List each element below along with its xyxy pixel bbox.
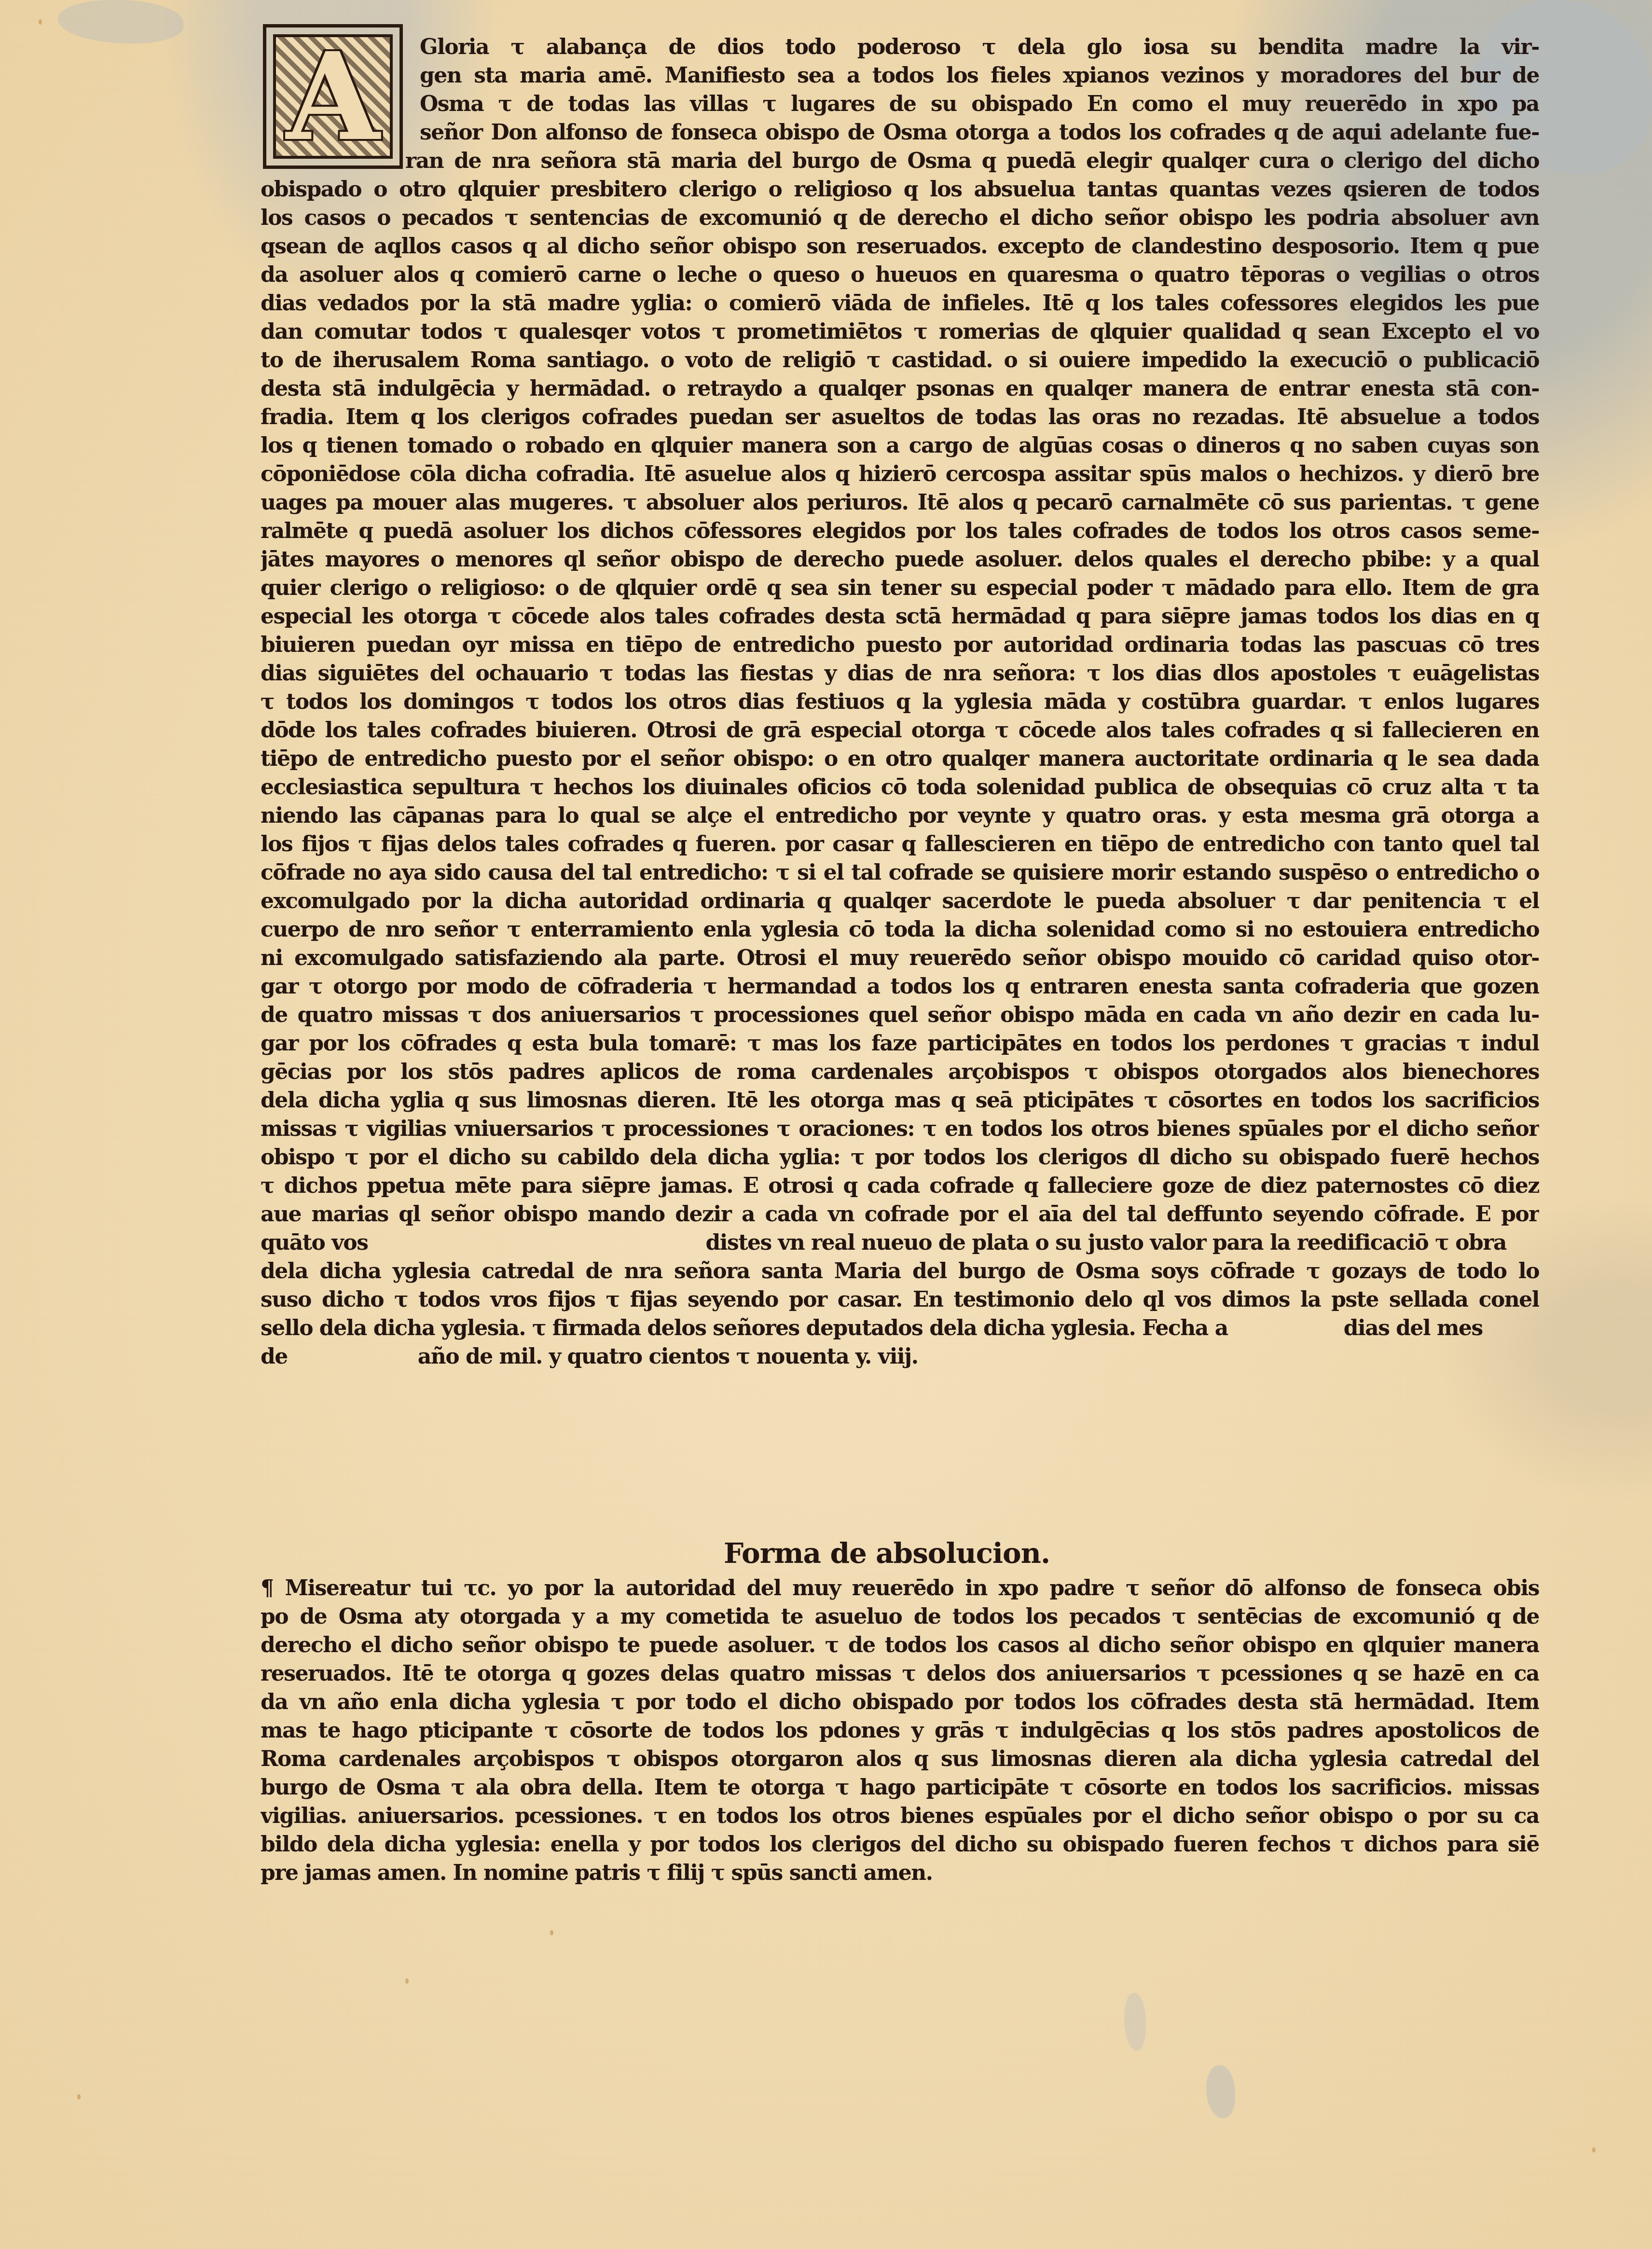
text-line: obispado o otro qlquier presbitero cleri…	[261, 175, 1539, 204]
text-line: dias siguiētes del ochauario τ todas las…	[261, 659, 1539, 688]
text-line: señor Don alfonso de fonseca obispo de O…	[420, 118, 1539, 147]
text-line: pre jamas amen. In nomine patris τ filij…	[261, 1859, 1539, 1887]
text-line: gar por los cōfrades q esta bula tomarē:…	[261, 1029, 1539, 1058]
paper-repair-patch	[58, 0, 183, 43]
text-line: gen sta maria amē. Manifiesto sea a todo…	[420, 61, 1539, 90]
fill-in-line-amount: quāto vosdistes vn real nueuo de plata o…	[261, 1228, 1539, 1257]
text-line: burgo de Osma τ ala obra della. Item te …	[261, 1773, 1539, 1802]
fill-in-line-date: sello dela dicha yglesia. τ firmada delo…	[261, 1314, 1539, 1342]
text-line: da asoluer alos q comierō carne o leche …	[261, 261, 1539, 289]
absolution-text: ¶ Misereatur tui τc. yo por la autoridad…	[261, 1574, 1539, 1887]
text-line: Gloria τ alabança de dios todo poderoso …	[420, 33, 1539, 61]
text-line: ralmēte q puedā asoluer los dichos cōfes…	[261, 517, 1539, 545]
text-line: dela dicha yglesia catredal de nra señor…	[261, 1257, 1539, 1285]
text-line: niendo las cāpanas para lo qual se alçe …	[261, 801, 1539, 830]
text-line: Osma τ de todas las villas τ lugares de …	[420, 90, 1539, 118]
text-line: cuerpo de nro señor τ enterramiento enla…	[261, 915, 1539, 944]
text-line: ¶ Misereatur tui τc. yo por la autoridad…	[261, 1574, 1539, 1602]
text-line: dōde los tales cofrades biuieren. Otrosi…	[261, 716, 1539, 745]
text-line: ni excomulgado satisfaziendo ala parte. …	[261, 944, 1539, 972]
text-line: de quatro missas τ dos aniuersarios τ pr…	[261, 1001, 1539, 1029]
text-line: suso dicho τ todos vros fijos τ fijas se…	[261, 1285, 1539, 1314]
text-line: dias vedados por la stā madre yglia: o c…	[261, 289, 1539, 317]
text-line: reseruados. Itē te otorga q gozes delas …	[261, 1659, 1539, 1688]
text-line: especial les otorga τ cōcede alos tales …	[261, 602, 1539, 631]
text-line: tiēpo de entredicho puesto por el señor …	[261, 745, 1539, 773]
text-line: qsean de aqllos casos q al dicho señor o…	[261, 232, 1539, 261]
text-line: los q tienen tomado o robado en qlquier …	[261, 431, 1539, 460]
text-line: fradia. Item q los clerigos cofrades pue…	[261, 403, 1539, 431]
text-line: Roma cardenales arçobispos τ obispos oto…	[261, 1745, 1539, 1773]
paper-stain	[405, 1978, 409, 1984]
text-fragment: quāto vos	[261, 1230, 368, 1255]
text-line: biuieren puedan oyr missa en tiēpo de en…	[261, 631, 1539, 659]
paper-stain	[77, 2094, 81, 2099]
text-line: bildo dela dicha yglesia: enella y por t…	[261, 1830, 1539, 1859]
text-line: τ todos los domingos τ todos los otros d…	[261, 688, 1539, 716]
paper-repair-patch	[1124, 1993, 1146, 2051]
text-line: los fijos τ fijas delos tales cofrades q…	[261, 830, 1539, 858]
paper-stain	[550, 1930, 553, 1935]
text-fragment: de	[261, 1344, 288, 1369]
text-line: obispo τ por el dicho su cabildo dela di…	[261, 1143, 1539, 1172]
paper-repair-patch	[1206, 2065, 1235, 2118]
text-fragment: distes vn real nueuo de plata o su justo…	[705, 1230, 1506, 1255]
text-line: cōfrade no aya sido causa del tal entred…	[261, 858, 1539, 887]
text-line: to de iherusalem Roma santiago. o voto d…	[261, 346, 1539, 374]
section-heading: Forma de absolucion.	[724, 1537, 1050, 1570]
text-line: vigilias. aniuersarios. pcessiones. τ en…	[261, 1802, 1539, 1830]
drop-cap-letter: A	[273, 34, 393, 159]
text-line: mas te hago pticipante τ cōsorte de todo…	[261, 1716, 1539, 1745]
text-line: gēcias por los stōs padres aplicos de ro…	[261, 1058, 1539, 1086]
text-line: ecclesiastica sepultura τ hechos los diu…	[261, 773, 1539, 801]
fill-in-line-year: deaño de mil. y quatro cientos τ nouenta…	[261, 1342, 1539, 1371]
text-line: τ dichos ppetua mēte para siēpre jamas. …	[261, 1172, 1539, 1200]
text-line: desta stā indulgēcia y hermādad. o retra…	[261, 374, 1539, 403]
paper-stain	[39, 19, 42, 25]
text-line: quier clerigo o religioso: o de qlquier …	[261, 574, 1539, 602]
opening-lines: Gloria τ alabança de dios todo poderoso …	[420, 33, 1539, 147]
text-line: excomulgado por la dicha autoridad ordin…	[261, 887, 1539, 915]
main-body-text: ran de nra señora stā maria del burgo de…	[261, 147, 1539, 1371]
text-line: los casos o pecados τ sentencias de exco…	[261, 204, 1539, 232]
text-line: aue marias ql señor obispo mando dezir a…	[261, 1200, 1539, 1228]
text-line: ran de nra señora stā maria del burgo de…	[261, 147, 1539, 175]
text-line: dela dicha yglia q sus limosnas dieren. …	[261, 1086, 1539, 1115]
text-line: cōponiēdose cōla dicha cofradia. Itē asu…	[261, 460, 1539, 488]
paper-stain	[1592, 2147, 1596, 2152]
text-line: jātes mayores o menores ql señor obispo …	[261, 545, 1539, 574]
text-line: uages pa mouer alas mugeres. τ absoluer …	[261, 488, 1539, 517]
text-line: gar τ otorgo por modo de cōfraderia τ he…	[261, 972, 1539, 1001]
text-fragment: sello dela dicha yglesia. τ firmada delo…	[261, 1316, 1228, 1340]
text-line: da vn año enla dicha yglesia τ por todo …	[261, 1688, 1539, 1716]
text-fragment: dias del mes	[1344, 1316, 1483, 1340]
text-line: po de Osma aty otorgada y a my cometida …	[261, 1602, 1539, 1631]
text-line: missas τ vigilias vniuersarios τ process…	[261, 1115, 1539, 1143]
text-fragment: año de mil. y quatro cientos τ nouenta y…	[418, 1344, 918, 1369]
text-line: dan comutar todos τ qualesqer votos τ pr…	[261, 317, 1539, 346]
text-line: derecho el dicho señor obispo te puede a…	[261, 1631, 1539, 1659]
